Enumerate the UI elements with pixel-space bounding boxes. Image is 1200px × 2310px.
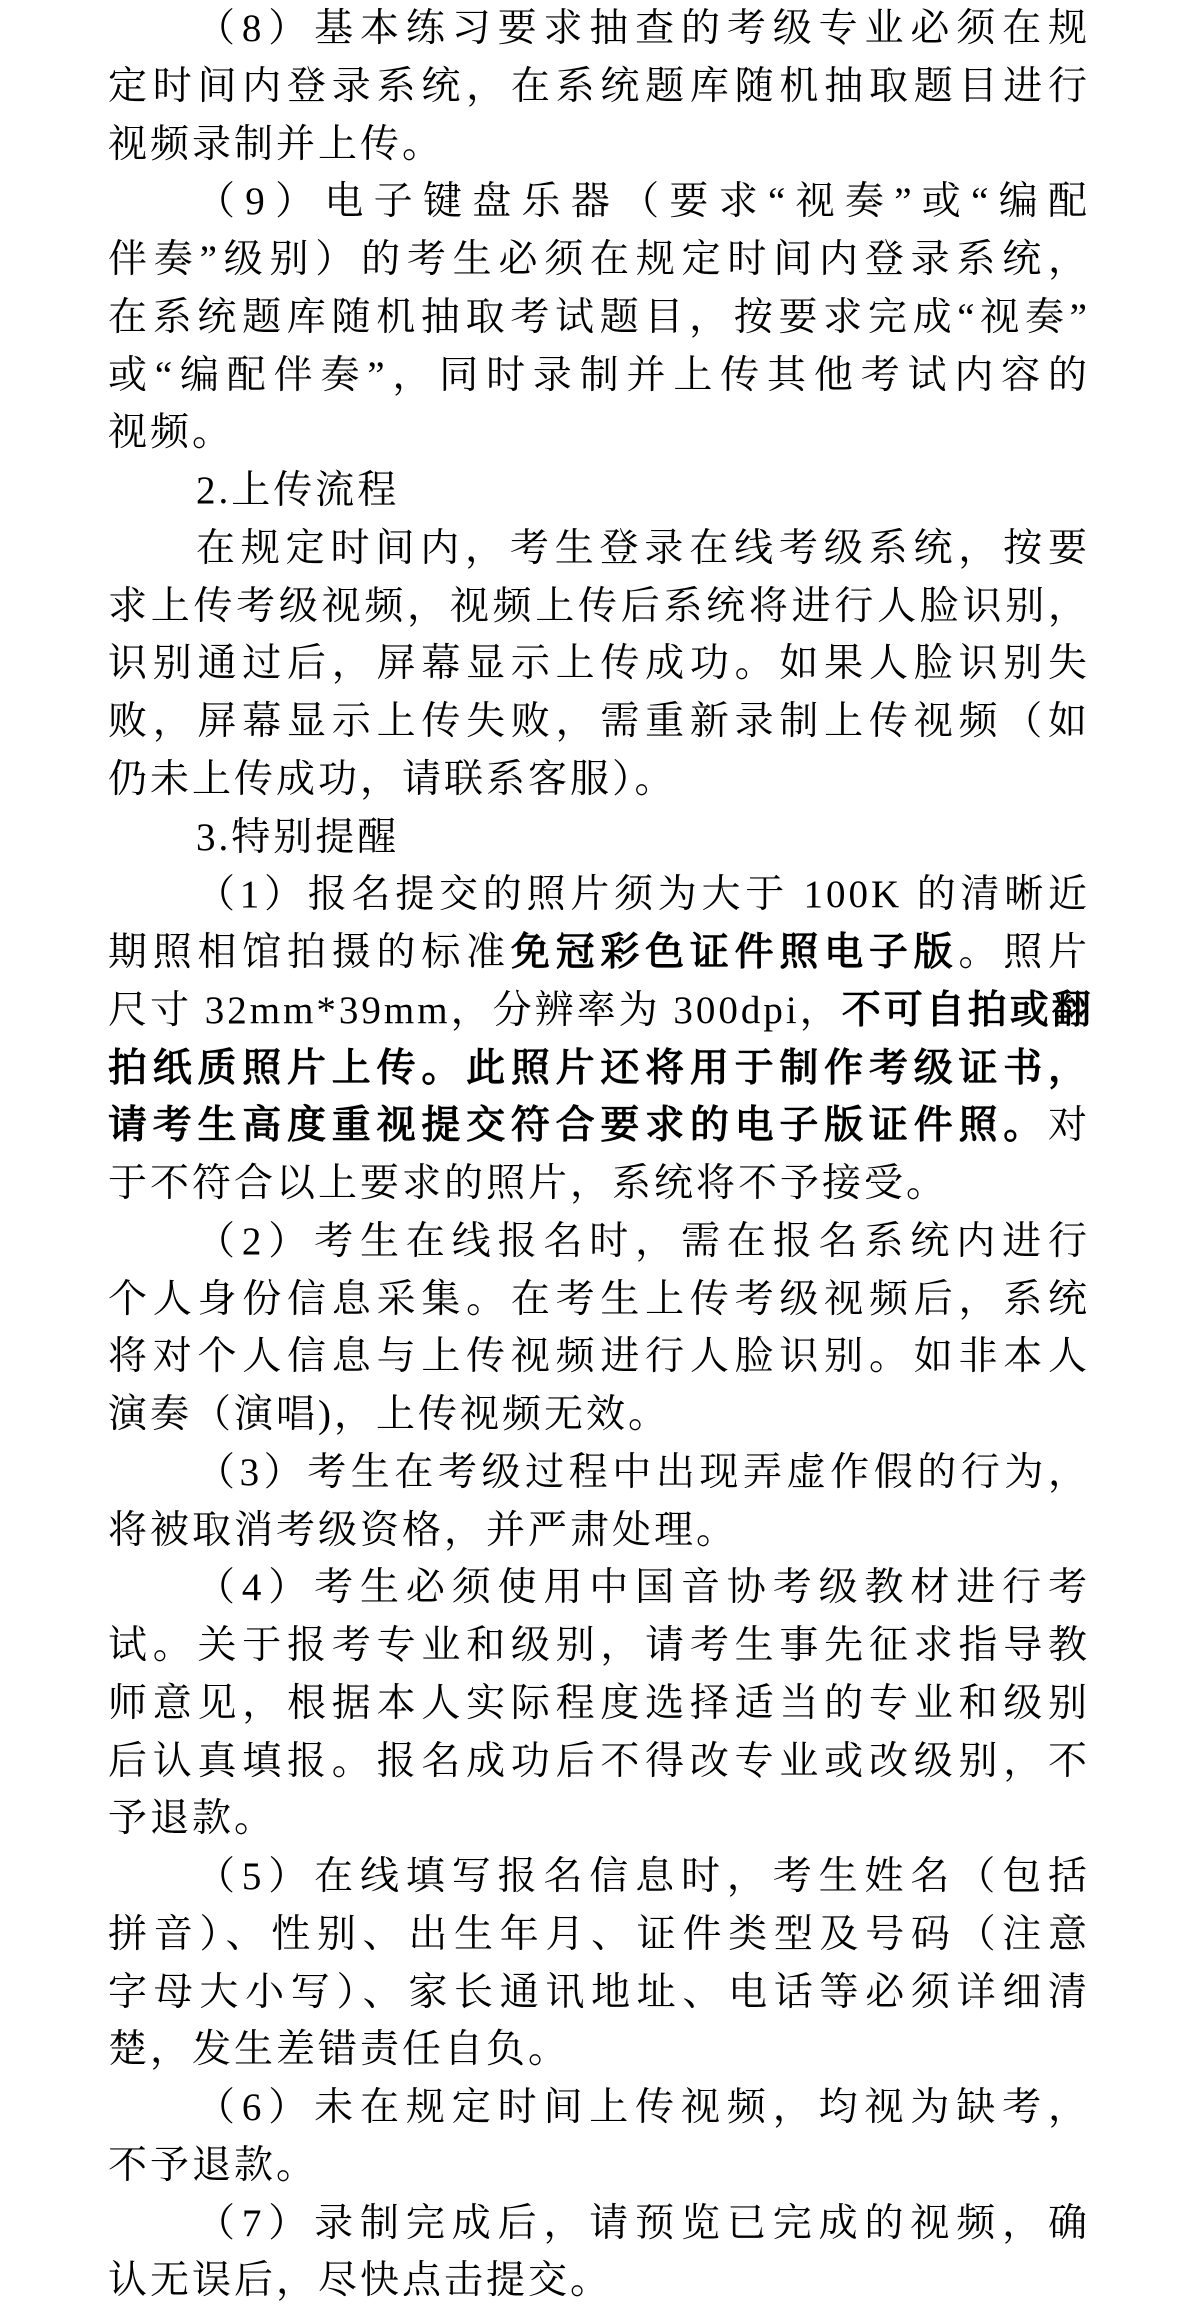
bold-text-run: 免冠彩色证件照电子版 (511, 931, 959, 974)
text-run: 将被取消考级资格，并严肃处理。 (108, 1509, 738, 1552)
text-line: 仍未上传成功，请联系客服）。 (108, 751, 1090, 809)
text-run: 求上传考级视频，视频上传后系统将进行人脸识别， (108, 585, 1090, 628)
text-run: （4）考生必须使用中国音协考级教材进行考 (196, 1566, 1090, 1609)
text-line: 将对个人信息与上传视频进行人脸识别。如非本人 (108, 1328, 1090, 1386)
text-line: 定时间内登录系统，在系统题库随机抽取题目进行 (108, 58, 1090, 116)
text-line: 楚，发生差错责任自负。 (108, 2021, 1090, 2079)
text-line: （1）报名提交的照片须为大于 100K 的清晰近 (108, 866, 1090, 924)
text-run: 楚，发生差错责任自负。 (108, 2028, 570, 2071)
text-line: 演奏（演唱)，上传视频无效。 (108, 1386, 1090, 1444)
text-line: 拼音）、性别、出生年月、证件类型及号码（注意 (108, 1906, 1090, 1964)
text-line: 予退款。 (108, 1790, 1090, 1848)
bold-text-run: 不可自拍或翻 (842, 989, 1090, 1032)
text-line: （6）未在规定时间上传视频，均视为缺考， (108, 2079, 1090, 2137)
text-line: 将被取消考级资格，并严肃处理。 (108, 1502, 1090, 1560)
text-run: 定时间内登录系统，在系统题库随机抽取题目进行 (108, 65, 1090, 108)
text-run: 试。关于报考专业和级别，请考生事先征求指导教 (108, 1624, 1090, 1667)
text-line: 在系统题库随机抽取考试题目，按要求完成“视奏” (108, 289, 1090, 347)
text-line: 不予退款。 (108, 2137, 1090, 2195)
text-line: 识别通过后，屏幕显示上传成功。如果人脸识别失 (108, 635, 1090, 693)
text-line: 后认真填报。报名成功后不得改专业或改级别，不 (108, 1733, 1090, 1791)
text-run: 认无误后，尽快点击提交。 (108, 2259, 612, 2302)
document-page: （8）基本练习要求抽查的考级专业必须在规定时间内登录系统，在系统题库随机抽取题目… (0, 0, 1200, 2310)
text-line: 2.上传流程 (108, 462, 1090, 520)
text-line: 3.特别提醒 (108, 809, 1090, 867)
text-run: 。照片 (958, 931, 1090, 974)
text-run: 对 (1048, 1104, 1090, 1147)
text-run: 在系统题库随机抽取考试题目，按要求完成“视奏” (108, 296, 1090, 339)
text-run: （8）基本练习要求抽查的考级专业必须在规 (196, 7, 1090, 50)
text-run: 个人身份信息采集。在考生上传考级视频后，系统 (108, 1278, 1090, 1321)
bold-text-run: 拍纸质照片上传。此照片还将用于制作考级证书， (108, 1047, 1090, 1090)
text-line: 或“编配伴奏”，同时录制并上传其他考试内容的 (108, 347, 1090, 405)
text-run: 仍未上传成功，请联系客服）。 (108, 758, 677, 801)
text-run: 拼音）、性别、出生年月、证件类型及号码（注意 (108, 1913, 1090, 1956)
bold-text-run: 请考生高度重视提交符合要求的电子版证件照。 (108, 1104, 1048, 1147)
text-line: 试。关于报考专业和级别，请考生事先征求指导教 (108, 1617, 1090, 1675)
text-line: （3）考生在考级过程中出现弄虚作假的行为， (108, 1444, 1090, 1502)
text-run: 予退款。 (108, 1797, 276, 1840)
text-run: （3）考生在考级过程中出现弄虚作假的行为， (196, 1451, 1090, 1494)
text-run: 视频。 (108, 411, 234, 454)
text-line: 伴奏”级别）的考生必须在规定时间内登录系统， (108, 231, 1090, 289)
text-run: （6）未在规定时间上传视频，均视为缺考， (196, 2086, 1090, 2129)
text-run: 或“编配伴奏”，同时录制并上传其他考试内容的 (108, 354, 1090, 397)
text-line: 师意见，根据本人实际程度选择适当的专业和级别 (108, 1675, 1090, 1733)
text-run: 师意见，根据本人实际程度选择适当的专业和级别 (108, 1682, 1090, 1725)
text-run: 败，屏幕显示上传失败，需重新录制上传视频（如 (108, 700, 1090, 743)
text-run: 演奏（演唱)，上传视频无效。 (108, 1393, 670, 1436)
text-run: 伴奏”级别）的考生必须在规定时间内登录系统， (108, 238, 1090, 281)
text-line: 认无误后，尽快点击提交。 (108, 2252, 1090, 2310)
text-run: 不予退款。 (108, 2144, 318, 2187)
text-run: （7）录制完成后，请预览已完成的视频，确 (196, 2202, 1090, 2245)
text-line: 在规定时间内，考生登录在线考级系统，按要 (108, 520, 1090, 578)
text-line: 求上传考级视频，视频上传后系统将进行人脸识别， (108, 578, 1090, 636)
text-run: 识别通过后，屏幕显示上传成功。如果人脸识别失 (108, 642, 1090, 685)
text-run: 2.上传流程 (196, 469, 399, 512)
text-run: 视频录制并上传。 (108, 123, 444, 166)
text-run: 期照相馆拍摄的标准 (108, 931, 511, 974)
text-run: 尺寸 32mm*39mm，分辨率为 300dpi， (108, 989, 842, 1032)
document-text-body: （8）基本练习要求抽查的考级专业必须在规定时间内登录系统，在系统题库随机抽取题目… (108, 0, 1090, 2310)
text-line: （5）在线填写报名信息时，考生姓名（包括 (108, 1848, 1090, 1906)
text-line: （4）考生必须使用中国音协考级教材进行考 (108, 1559, 1090, 1617)
text-run: 字母大小写）、家长通讯地址、电话等必须详细清 (108, 1971, 1090, 2014)
text-run: （2）考生在线报名时，需在报名系统内进行 (196, 1220, 1090, 1263)
text-line: 败，屏幕显示上传失败，需重新录制上传视频（如 (108, 693, 1090, 751)
text-line: 个人身份信息采集。在考生上传考级视频后，系统 (108, 1271, 1090, 1329)
text-run: 于不符合以上要求的照片，系统将不予接受。 (108, 1162, 948, 1205)
text-run: （1）报名提交的照片须为大于 100K 的清晰近 (196, 873, 1090, 916)
text-line: 视频录制并上传。 (108, 116, 1090, 174)
text-run: 后认真填报。报名成功后不得改专业或改级别，不 (108, 1740, 1090, 1783)
text-line: （7）录制完成后，请预览已完成的视频，确 (108, 2195, 1090, 2253)
text-line: （2）考生在线报名时，需在报名系统内进行 (108, 1213, 1090, 1271)
text-run: 将对个人信息与上传视频进行人脸识别。如非本人 (108, 1335, 1090, 1378)
text-line: （8）基本练习要求抽查的考级专业必须在规 (108, 0, 1090, 58)
text-line: 尺寸 32mm*39mm，分辨率为 300dpi，不可自拍或翻 (108, 982, 1090, 1040)
text-run: 3.特别提醒 (196, 816, 399, 859)
text-run: （9）电子键盘乐器（要求“视奏”或“编配 (196, 180, 1090, 223)
text-line: 字母大小写）、家长通讯地址、电话等必须详细清 (108, 1964, 1090, 2022)
text-run: 在规定时间内，考生登录在线考级系统，按要 (196, 527, 1090, 570)
text-line: 视频。 (108, 404, 1090, 462)
text-line: 于不符合以上要求的照片，系统将不予接受。 (108, 1155, 1090, 1213)
text-line: （9）电子键盘乐器（要求“视奏”或“编配 (108, 173, 1090, 231)
text-line: 拍纸质照片上传。此照片还将用于制作考级证书， (108, 1040, 1090, 1098)
text-run: （5）在线填写报名信息时，考生姓名（包括 (196, 1855, 1090, 1898)
text-line: 请考生高度重视提交符合要求的电子版证件照。对 (108, 1097, 1090, 1155)
text-line: 期照相馆拍摄的标准免冠彩色证件照电子版。照片 (108, 924, 1090, 982)
